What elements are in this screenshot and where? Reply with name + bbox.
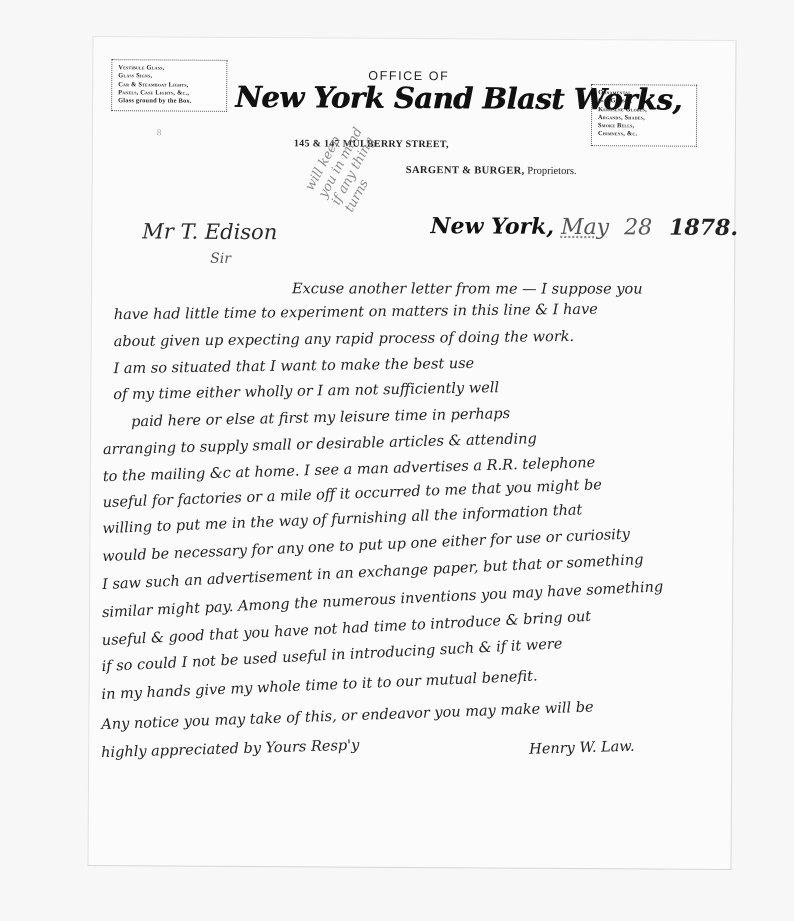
salutation-sir: Sir: [210, 251, 231, 267]
letter-line: of my time either wholly or I am not suf…: [113, 380, 499, 403]
letter-sheet: Vestibule Glass, Glass Signs, Car & Stea…: [87, 36, 736, 870]
proprietors-label: Proprietors.: [527, 166, 576, 177]
letter-line: Excuse another letter from me — I suppos…: [292, 281, 643, 297]
letter-line: in my hands give my whole time to it to …: [101, 668, 538, 703]
product-item: Glass Signs,: [118, 72, 220, 81]
letter-line: have had little time to experiment on ma…: [114, 302, 598, 323]
letter-line: arranging to supply small or desirable a…: [103, 431, 537, 458]
product-item: Chimneys, &c.: [598, 131, 690, 140]
letter-line: about given up expecting any rapid proce…: [114, 329, 575, 350]
date-month: May: [561, 215, 609, 240]
proprietors: SARGENT & BURGER, Proprietors.: [406, 165, 577, 177]
margin-note: will keep you in mind if any thing turns: [303, 118, 393, 215]
date-year: 1878.: [669, 215, 738, 241]
date-place: New York,: [430, 213, 554, 240]
letter-line: paid here or else at first my leisure ti…: [131, 406, 510, 430]
letter-body: Excuse another letter from me — I suppos…: [94, 37, 736, 41]
letter-line: Any notice you may take of this, or ende…: [101, 699, 594, 733]
dateline: New York, May 28 1878.: [430, 213, 738, 241]
letter-line: I am so situated that I want to make the…: [113, 356, 474, 377]
salutation: Mr T. Edison: [142, 219, 277, 244]
product-item: Glass ground by the Box.: [118, 97, 220, 106]
date-day: 28: [624, 215, 652, 240]
letter-line: highly appreciated by Yours Resp'y: [101, 738, 360, 761]
letterhead-products-box-left: Vestibule Glass, Glass Signs, Car & Stea…: [111, 59, 227, 112]
company-name: New York Sand Blast Works,: [235, 80, 682, 117]
proprietors-names: SARGENT & BURGER,: [406, 165, 525, 177]
signature: Henry W. Law.: [529, 739, 635, 758]
faint-pencil-mark: 8: [157, 127, 162, 137]
